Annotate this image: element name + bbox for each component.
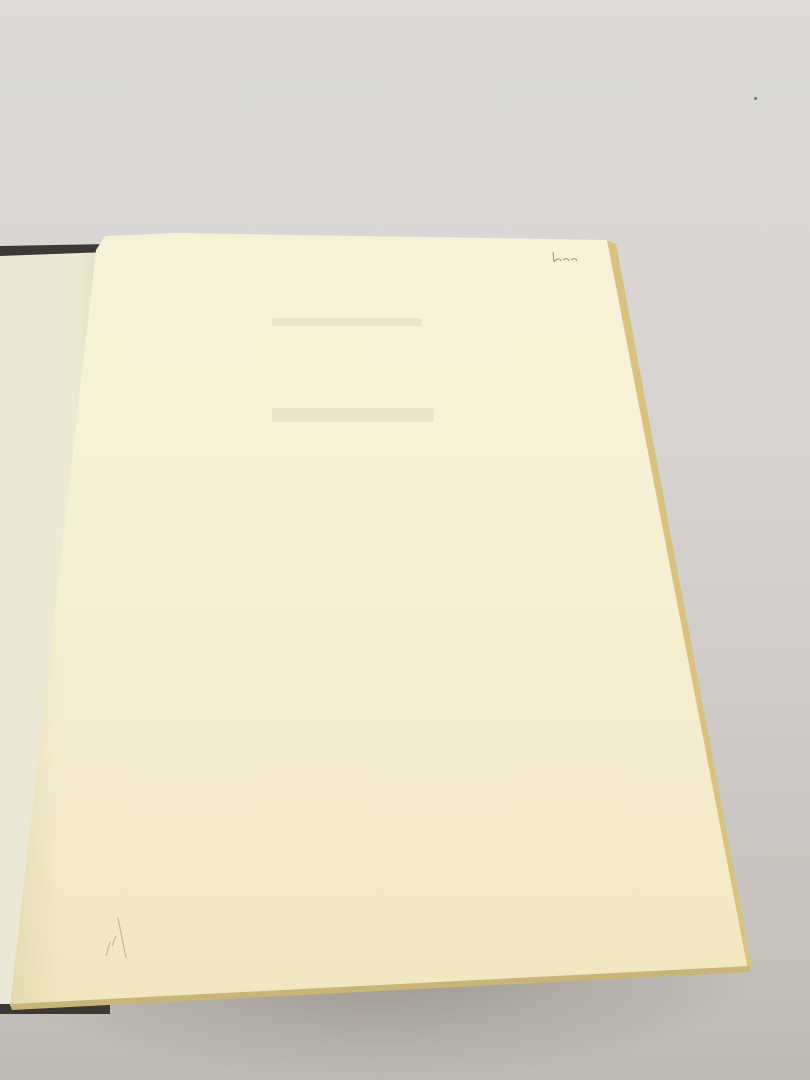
pencil-mark-bottom-left	[100, 912, 136, 962]
faint-title-text-block	[272, 408, 434, 422]
dust-speck	[754, 97, 757, 100]
photo-scene	[0, 0, 810, 1080]
faint-author-text-block	[272, 318, 422, 326]
pencil-mark-top-right	[550, 248, 580, 264]
